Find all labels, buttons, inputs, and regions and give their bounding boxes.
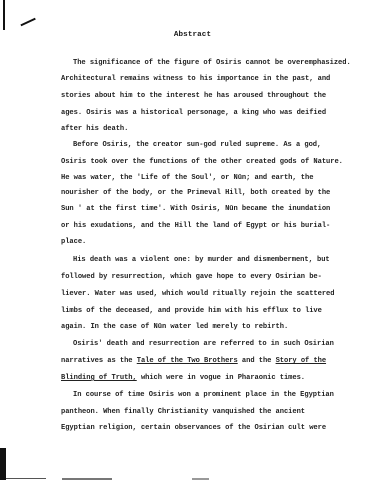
text-segment: narratives as the: [61, 357, 137, 365]
text-line: In course of time Osiris won a prominent…: [73, 390, 334, 400]
scan-bottom-line: [6, 478, 46, 479]
text-segment: and the: [238, 357, 276, 365]
text-line: Egyptian religion, certain observances o…: [61, 423, 326, 433]
text-line-blinding: Blinding of Truth, which were in vogue i…: [61, 373, 305, 383]
text-line-narratives: narratives as the Tale of the Two Brothe…: [61, 356, 326, 366]
scan-edge-mark-bottom: [0, 448, 6, 480]
title-tale-of-two-brothers: Tale of the Two Brothers: [137, 357, 238, 365]
abstract-heading: Abstract: [0, 31, 385, 39]
text-line: Architectural remains witness to his imp…: [61, 74, 330, 84]
text-line: Before Osiris, the creator sun-god ruled…: [73, 140, 321, 150]
text-line: place.: [61, 237, 86, 247]
text-line: ages. Osiris was a historical personage,…: [61, 108, 326, 118]
text-line: followed by resurrection, which gave hop…: [61, 272, 322, 282]
text-line: Osiris' death and resurrection are refer…: [73, 339, 334, 349]
text-line: Sun ' at the first time'. With Osiris, N…: [61, 204, 330, 214]
text-line: or his exudations, and the Hill the land…: [61, 221, 330, 231]
text-line: nourisher of the body, or the Primeval H…: [61, 188, 330, 198]
text-line: stories about him to the interest he has…: [61, 91, 326, 101]
text-line: He was water, the 'Life of the Soul', or…: [61, 173, 313, 183]
text-line: after his death.: [61, 124, 128, 134]
text-line: Osiris took over the functions of the ot…: [61, 157, 343, 167]
scan-edge-mark-top: [3, 0, 5, 30]
title-story-of-the: Story of the: [276, 357, 326, 365]
scanned-document-page: Abstract The significance of the figure …: [0, 0, 385, 480]
text-line: limbs of the deceased, and provide him w…: [61, 306, 322, 316]
text-line: The significance of the figure of Osiris…: [73, 58, 351, 68]
text-line: liever. Water was used, which would ritu…: [61, 289, 334, 299]
text-line: pantheon. When finally Christianity vanq…: [61, 407, 305, 417]
scan-stroke-mark: [20, 18, 35, 26]
text-line: His death was a violent one: by murder a…: [73, 255, 330, 265]
text-line: again. In the case of Nūn water led mere…: [61, 322, 288, 332]
text-segment: which were in vogue in Pharaonic times.: [137, 374, 305, 382]
title-blinding-of-truth: Blinding of Truth,: [61, 374, 137, 382]
